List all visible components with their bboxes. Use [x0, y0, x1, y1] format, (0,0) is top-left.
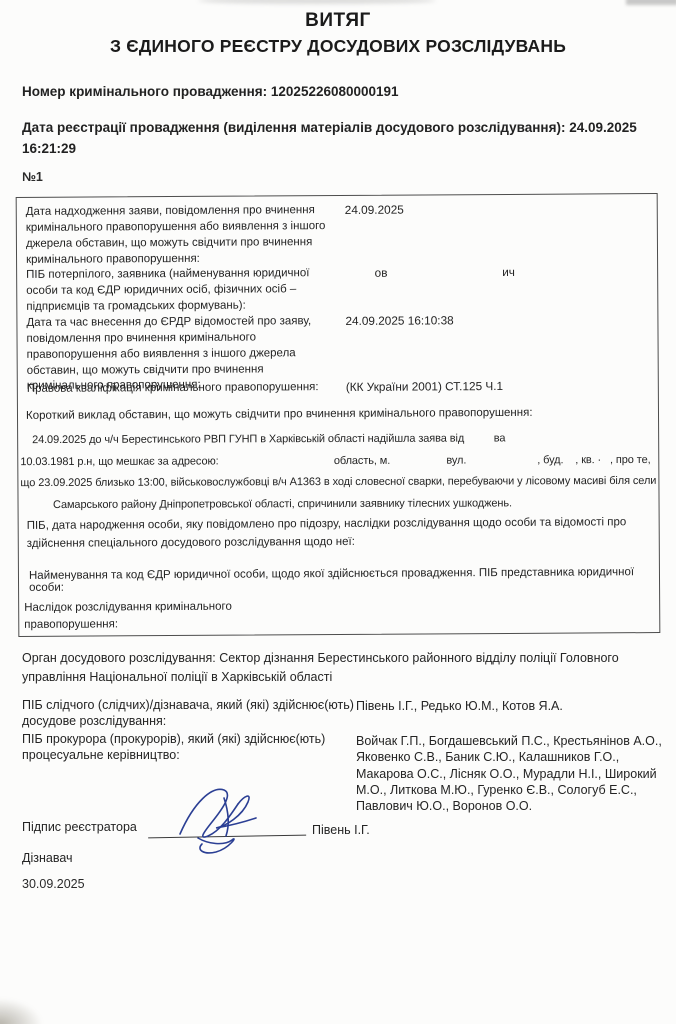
case-number-line: Номер кримінального провадження: 1202522…	[22, 84, 662, 99]
field-label-investigator: ПІБ слідчого (слідчих)/дізнавача, який (…	[22, 697, 358, 730]
scanned-document-page: ВИТЯГ З ЄДИНОГО РЕЄСТРУ ДОСУДОВИХ РОЗСЛІ…	[0, 0, 676, 1024]
document-title: ВИТЯГ	[0, 10, 676, 32]
registrar-signature-label: Підпис реєстратора	[22, 820, 137, 834]
case-details-box: Дата надходження заяви, повідомлення про…	[16, 193, 661, 637]
summary-line: 24.09.2025 до ч/ч Берестинського РВП ГУН…	[20, 428, 656, 452]
summary-line: 10.03.1981 р.н, що мешкає за адресою: об…	[20, 449, 656, 473]
extract-date: 30.09.2025	[22, 877, 85, 891]
field-value-victim-name: ов ич	[345, 264, 645, 280]
scan-artifact-bottom-left	[0, 998, 43, 1024]
field-value-erdr-entry-datetime: 24.09.2025 16:10:38	[345, 312, 645, 328]
field-value-legal-qualification: (КК України 2001) СТ.125 Ч.1	[346, 378, 646, 394]
summary-paragraph: 24.09.2025 до ч/ч Берестинського РВП ГУН…	[20, 428, 656, 516]
scan-artifact-top-right	[626, 0, 676, 5]
field-label-application-date: Дата надходження заяви, повідомлення про…	[26, 203, 340, 268]
field-label-prosecutor: ПІБ прокурора (прокурорів), який (які) з…	[22, 731, 358, 764]
summary-heading: Короткий виклад обставин, що можуть свід…	[26, 406, 651, 422]
document-subtitle: З ЄДИНОГО РЕЄСТРУ ДОСУДОВИХ РОЗСЛІДУВАНЬ	[0, 36, 676, 57]
registration-date-line: Дата реєстрації провадження (виділення м…	[22, 118, 658, 160]
field-label-victim-name: ПІБ потерпілого, заявника (найменування …	[26, 266, 340, 315]
summary-line: Самарського району Дніпропетровської обл…	[20, 492, 656, 516]
field-value-prosecutor: Войчак Г.П., Богдашевський П.С., Крестья…	[356, 733, 668, 814]
registrar-role: Дізнавач	[22, 851, 73, 865]
field-value-investigator: Півень І.Г., Редько Ю.М., Котов Я.А.	[356, 699, 666, 713]
registrar-name: Півень І.Г.	[312, 823, 370, 837]
summary-line: що 23.09.2025 близько 13:00, військовосл…	[20, 471, 656, 495]
scan-artifact-top	[198, 0, 436, 4]
field-label-legal-qualification: Правова кваліфікація кримінального право…	[27, 380, 341, 398]
handwritten-signature	[168, 782, 298, 867]
investigation-authority-line: Орган досудового розслідування: Сектор д…	[22, 649, 662, 687]
field-label-investigation-outcome: Наслідок розслідування кримінального пра…	[24, 598, 259, 633]
record-number: №1	[22, 170, 43, 184]
field-value-application-date: 24.09.2025	[345, 201, 645, 217]
field-label-suspect-info: ПІБ, дата народження особи, яку повідомл…	[27, 513, 653, 554]
field-label-legal-entity: Найменування та код ЄДР юридичної особи,…	[29, 566, 655, 594]
